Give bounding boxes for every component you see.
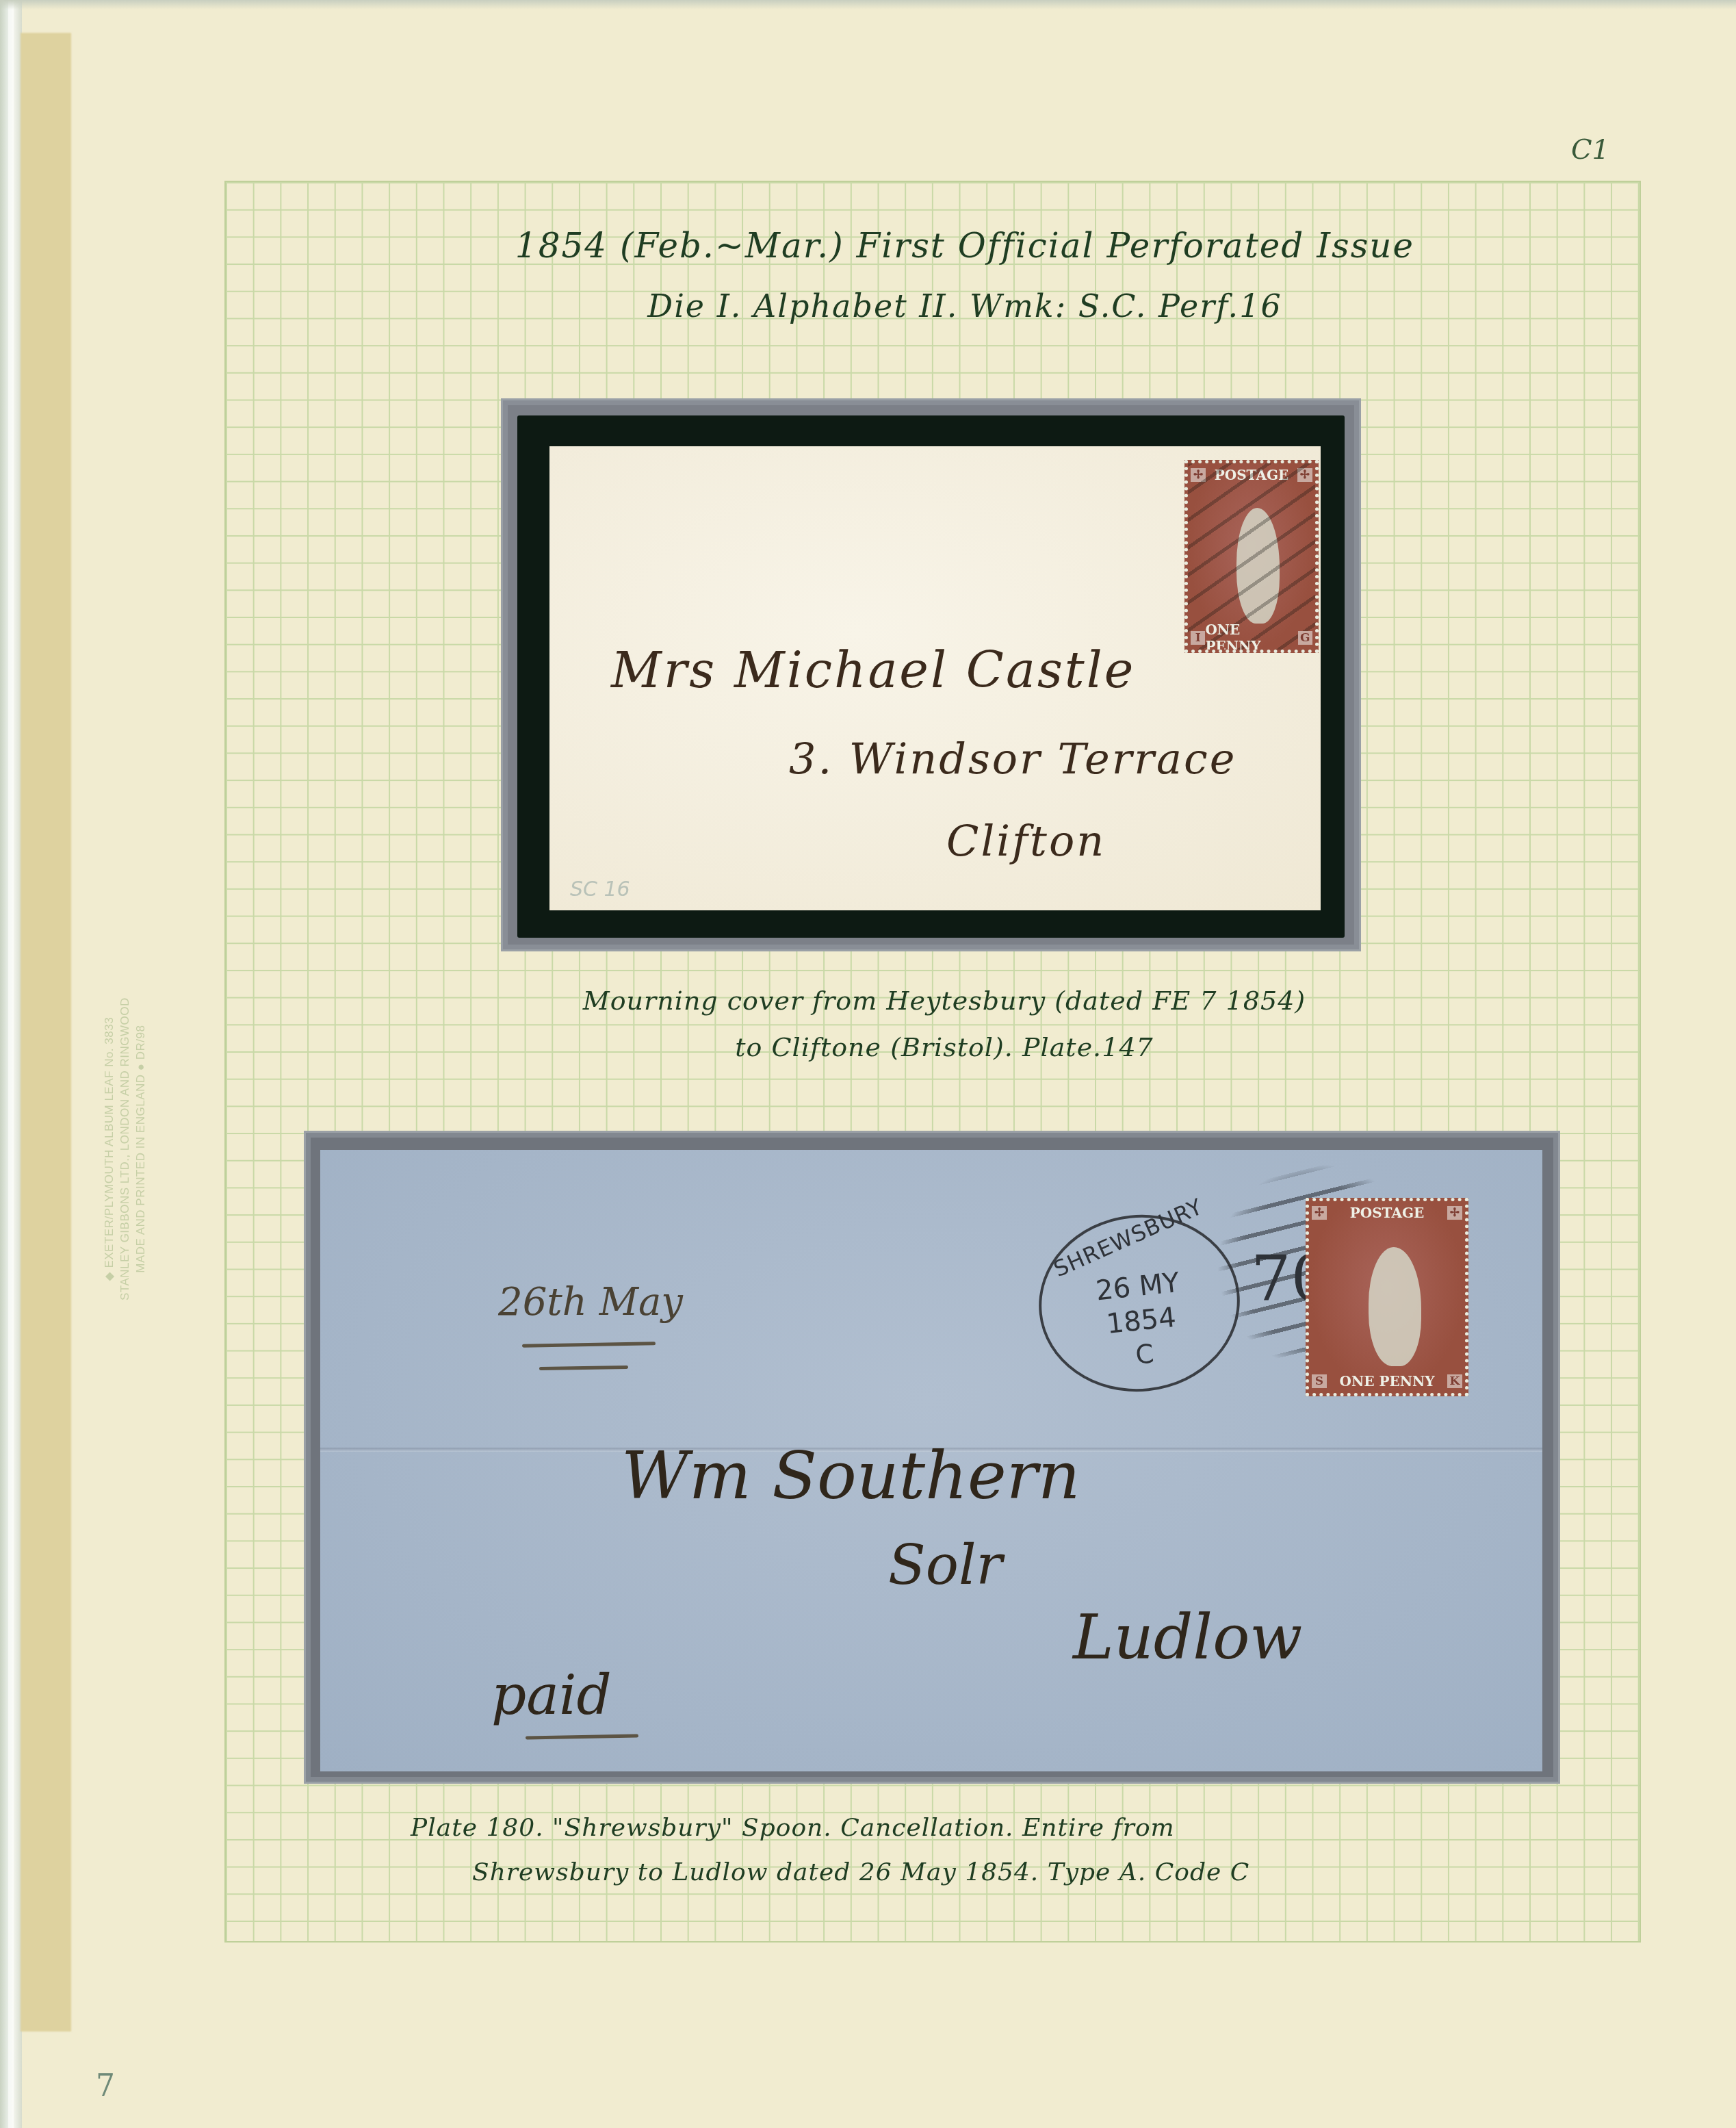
stamp-value-label: ONE PENNY: [1339, 1373, 1434, 1389]
page-reference: C1: [1571, 134, 1609, 166]
check-letter-left: S: [1312, 1374, 1327, 1388]
paid-endorsement: paid: [491, 1663, 612, 1727]
star-corner-icon: ✢: [1312, 1206, 1327, 1220]
page-title-line-2: Die I. Alphabet II. Wmk: S.C. Perf.16: [383, 287, 1546, 324]
caption-2-line-1: Plate 180. "Shrewsbury" Spoon. Cancellat…: [411, 1814, 1437, 1842]
caption-1-line-2: to Cliftone (Bristol). Plate.147: [465, 1032, 1423, 1062]
album-leaf-imprint: ◆ EXETER/PLYMOUTH ALBUM LEAF No. 3833 ST…: [101, 997, 148, 1300]
docket-underline: [539, 1366, 628, 1370]
pencil-catalogue-note: SC 16: [570, 877, 630, 901]
queen-victoria-head-icon: [1369, 1247, 1422, 1366]
paid-underline: [526, 1734, 638, 1740]
caption-2-line-2: Shrewsbury to Ludlow dated 26 May 1854. …: [472, 1858, 1499, 1886]
hinge-tape: [21, 33, 71, 2031]
imprint-line-1: ◆ EXETER/PLYMOUTH ALBUM LEAF No. 3833: [101, 997, 117, 1300]
check-letter-left: I: [1191, 631, 1205, 645]
shrewsbury-postmark: SHREWSBURY 26 MY 1854 C: [1030, 1205, 1248, 1401]
address-line-1: Mrs Michael Castle: [611, 641, 1135, 699]
page-title-line-1: 1854 (Feb.~Mar.) First Official Perforat…: [383, 226, 1546, 266]
address-line-3: Clifton: [946, 816, 1106, 866]
docket-date: 26th May: [498, 1280, 683, 1324]
stamp-value-label: ONE PENNY: [1205, 621, 1297, 653]
mourning-cover-face: ✢ POSTAGE ✢ I ONE PENNY G Mrs Michael Ca…: [549, 446, 1321, 910]
imprint-line-2: STANLEY GIBBONS LTD., LONDON AND RINGWOO…: [117, 997, 133, 1300]
penny-red-stamp-2: ✢ POSTAGE ✢ S ONE PENNY K: [1306, 1198, 1468, 1396]
address-line-2: 3. Windsor Terrace: [789, 734, 1236, 784]
penny-red-stamp-1: ✢ POSTAGE ✢ I ONE PENNY G: [1184, 460, 1319, 653]
page-number: 7: [96, 2068, 115, 2103]
docket-underline: [522, 1342, 656, 1347]
address-line-1: Wm Southern: [621, 1437, 1080, 1514]
star-corner-icon: ✢: [1447, 1206, 1462, 1220]
mourning-cover: ✢ POSTAGE ✢ I ONE PENNY G Mrs Michael Ca…: [517, 415, 1345, 938]
leaf-shadow: [0, 0, 1736, 10]
entire-letter: 26th May SHREWSBURY 26 MY 1854 C 703 ✢ P…: [320, 1150, 1542, 1771]
stamp-top-label: POSTAGE: [1350, 1205, 1425, 1221]
check-letter-right: G: [1298, 631, 1312, 645]
imprint-line-3: MADE AND PRINTED IN ENGLAND ● DR/98: [133, 997, 148, 1300]
album-binding-edge: [0, 0, 22, 2128]
check-letter-right: K: [1447, 1374, 1462, 1388]
caption-1-line-1: Mourning cover from Heytesbury (dated FE…: [465, 986, 1423, 1016]
address-line-3: Ludlow: [1073, 1602, 1302, 1674]
address-line-2: Solr: [888, 1533, 1002, 1597]
